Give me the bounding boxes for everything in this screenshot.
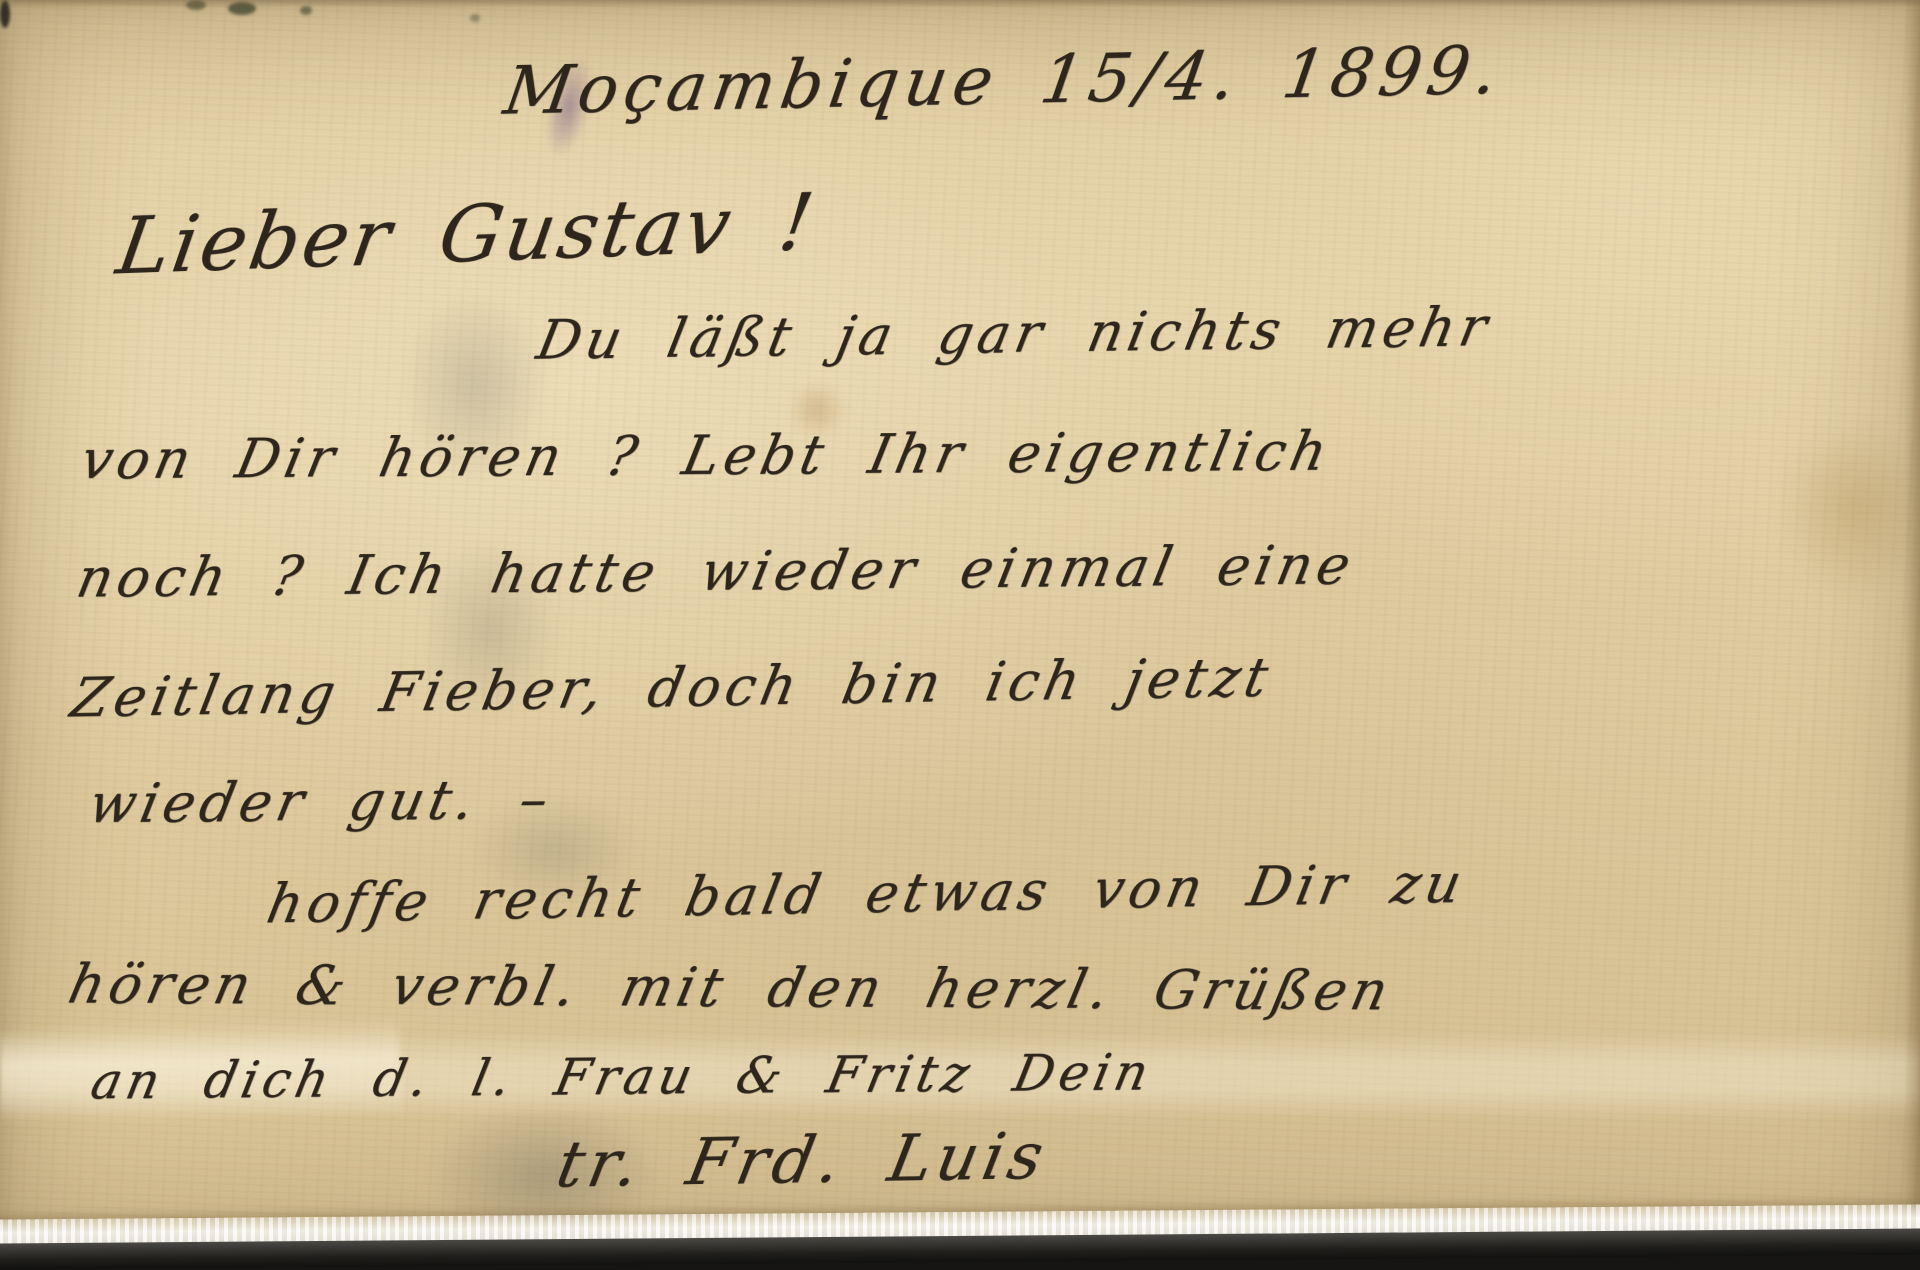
handwriting-line-1: Du läßt ja gar nichts mehr <box>532 295 1497 371</box>
handwriting-line-3: noch ? Ich hatte wieder einmal eine <box>72 533 1361 610</box>
scan-edge-right <box>1904 0 1920 1254</box>
ink-speck <box>470 14 480 22</box>
handwriting-line-8: an dich d. l. Frau & Fritz Dein <box>86 1043 1158 1110</box>
postcard-scan: Moçambique 15/4. 1899. Lieber Gustav ! D… <box>0 0 1920 1254</box>
handwriting-line-2: von Dir hören ? Lebt Ihr eigentlich <box>76 420 1338 492</box>
signature-line: tr. Frd. Luis <box>551 1120 1054 1203</box>
handwriting-line-5: wieder gut. – <box>84 768 559 836</box>
handwriting-line-7: hören & verbl. mit den herzl. Grüßen <box>63 953 1398 1023</box>
scan-edge-top <box>0 0 1920 8</box>
